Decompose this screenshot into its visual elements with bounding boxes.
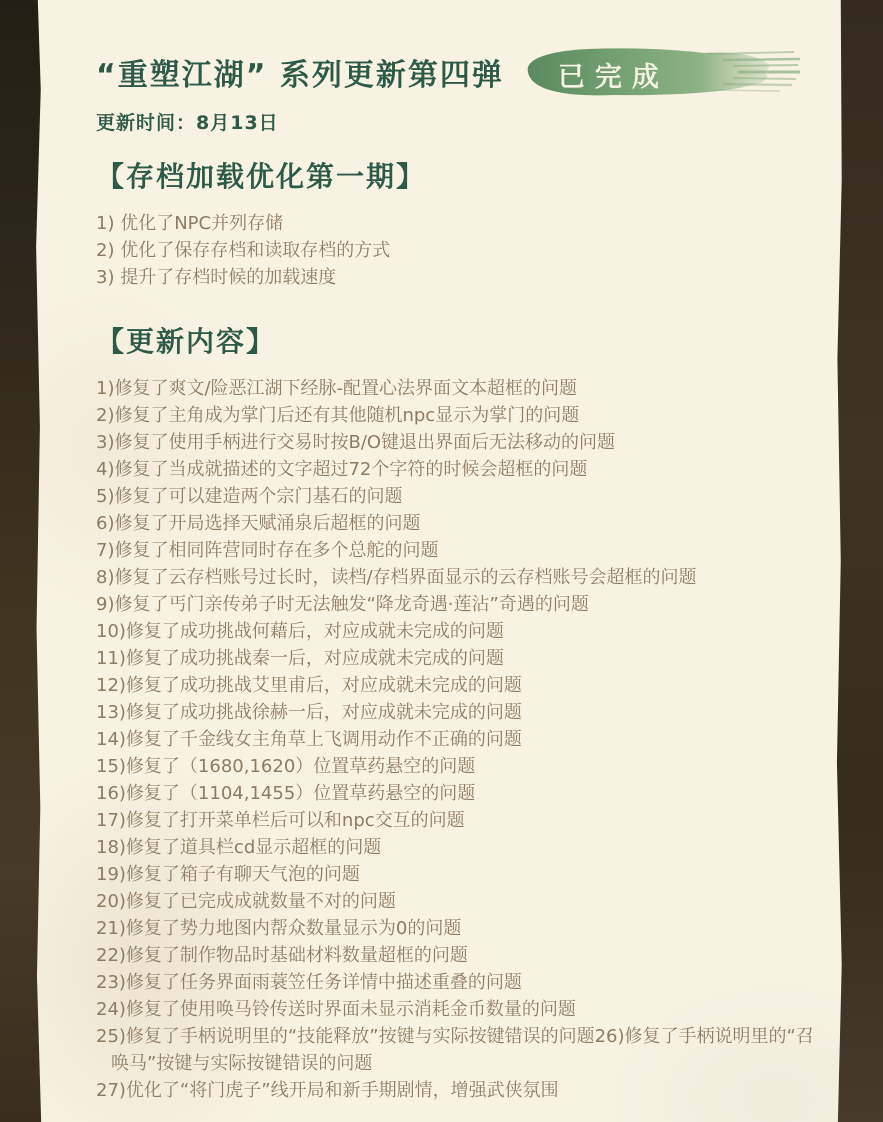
list-item: 2) 优化了保存存档和读取存档的方式 xyxy=(96,237,826,264)
list-item: 10)修复了成功挑战何藉后，对应成就未完成的问题 xyxy=(96,618,826,645)
list-item: 22)修复了制作物品时基础材料数量超框的问题 xyxy=(96,942,826,969)
list-item: 13)修复了成功挑战徐赫一后，对应成就未完成的问题 xyxy=(96,699,826,726)
torn-paper-left-edge xyxy=(0,0,42,1122)
list-item: 20)修复了已完成成就数量不对的问题 xyxy=(96,888,826,915)
list-item: 1)修复了爽文/险恶江湖下经脉-配置心法界面文本超框的问题 xyxy=(96,375,826,402)
announcement-page: “重塑江湖” 系列更新第四弹 xyxy=(0,0,883,1122)
torn-paper-right-edge xyxy=(835,0,883,1122)
list-item: 5)修复了可以建造两个宗门基石的问题 xyxy=(96,483,826,510)
status-badge: 已完成 xyxy=(518,44,800,99)
content-area: “重塑江湖” 系列更新第四弹 xyxy=(96,0,826,1104)
section-heading-save-load-optimization: 【存档加载优化第一期】 xyxy=(96,155,826,195)
save-load-optimization-list: 1) 优化了NPC并列存储2) 优化了保存存档和读取存档的方式3) 提升了存档时… xyxy=(96,210,826,291)
list-item: 11)修复了成功挑战秦一后，对应成就未完成的问题 xyxy=(96,645,826,672)
list-item: 9)修复了丐门亲传弟子时无法触发“降龙奇遇·莲沾”奇遇的问题 xyxy=(96,591,826,618)
update-time: 更新时间：8月13日 xyxy=(96,108,826,135)
list-item: 7)修复了相同阵营同时存在多个总舵的问题 xyxy=(96,537,826,564)
update-content-list: 1)修复了爽文/险恶江湖下经脉-配置心法界面文本超框的问题2)修复了主角成为掌门… xyxy=(96,375,826,1104)
list-item: 4)修复了当成就描述的文字超过72个字符的时候会超框的问题 xyxy=(96,456,826,483)
header: “重塑江湖” 系列更新第四弹 xyxy=(96,44,826,99)
list-item: 15)修复了（1680,1620）位置草药悬空的问题 xyxy=(96,753,826,780)
list-item: 1) 优化了NPC并列存储 xyxy=(96,210,826,237)
status-badge-label: 已完成 xyxy=(558,55,669,94)
list-item: 6)修复了开局选择天赋涌泉后超框的问题 xyxy=(96,510,826,537)
list-item: 25)修复了手柄说明里的“技能释放”按键与实际按键错误的问题26)修复了手柄说明… xyxy=(96,1023,826,1077)
list-item: 16)修复了（1104,1455）位置草药悬空的问题 xyxy=(96,780,826,807)
list-item: 18)修复了道具栏cd显示超框的问题 xyxy=(96,834,826,861)
list-item: 3) 提升了存档时候的加载速度 xyxy=(96,264,826,291)
list-item: 23)修复了任务界面雨蓑笠任务详情中描述重叠的问题 xyxy=(96,969,826,996)
list-item: 27)优化了“将门虎子”线开局和新手期剧情，增强武侠氛围 xyxy=(96,1077,826,1104)
list-item: 14)修复了千金线女主角草上飞调用动作不正确的问题 xyxy=(96,726,826,753)
list-item: 8)修复了云存档账号过长时，读档/存档界面显示的云存档账号会超框的问题 xyxy=(96,564,826,591)
section-heading-update-content: 【更新内容】 xyxy=(96,320,826,360)
list-item: 17)修复了打开菜单栏后可以和npc交互的问题 xyxy=(96,807,826,834)
list-item: 24)修复了使用唤马铃传送时界面未显示消耗金币数量的问题 xyxy=(96,996,826,1023)
list-item: 19)修复了箱子有聊天气泡的问题 xyxy=(96,861,826,888)
list-item: 2)修复了主角成为掌门后还有其他随机npc显示为掌门的问题 xyxy=(96,402,826,429)
page-title: “重塑江湖” 系列更新第四弹 xyxy=(96,50,504,94)
list-item: 12)修复了成功挑战艾里甫后，对应成就未完成的问题 xyxy=(96,672,826,699)
list-item: 3)修复了使用手柄进行交易时按B/O键退出界面后无法移动的问题 xyxy=(96,429,826,456)
list-item: 21)修复了势力地图内帮众数量显示为0的问题 xyxy=(96,915,826,942)
